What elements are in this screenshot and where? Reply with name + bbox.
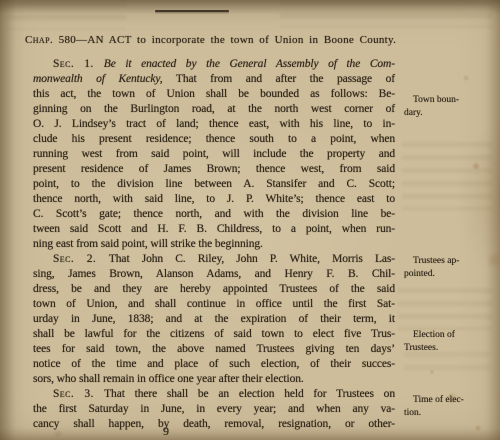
body-text-segment: C. Scott’s gate; thence north, and with … xyxy=(33,208,395,220)
body-text-line: tween said Scott and H. F. B. Childress,… xyxy=(33,222,395,237)
chapter-title-text: 580—AN ACT to incorporate the town of Un… xyxy=(53,34,396,46)
body-text-segment: cancy shall happen, by death, removal, r… xyxy=(33,418,395,430)
body-text-line: ning east from said point, will strike t… xyxy=(33,237,395,252)
body-text-segment: notice of the time and place of such ele… xyxy=(33,358,395,370)
body-text-segment: Be it enacted by the General Assembly of… xyxy=(104,58,395,70)
body-text-segment: tees for said town, the above named Trus… xyxy=(33,343,395,355)
body-text-line: clude his present residence; thence sout… xyxy=(33,132,395,147)
body-text-segment: That there shall be an election held for… xyxy=(104,388,395,400)
body-text-line: dress, be and they are hereby appointed … xyxy=(33,282,395,297)
margin-note-line: pointed. xyxy=(404,268,494,281)
body-text-line: present residence of James Brown; thence… xyxy=(33,162,395,177)
body-text-line: sing, James Brown, Alanson Adams, and He… xyxy=(33,267,395,282)
body-text-segment: sors, who shall remain in office one yea… xyxy=(33,373,304,385)
body-text-segment: O. J. Lindsey’s tract of land; thence ea… xyxy=(33,118,395,130)
chapter-label: Chap. xyxy=(25,34,53,46)
body-text-segment: present residence of James Brown; thence… xyxy=(33,163,395,175)
body-text-segment: running west from said point, will inclu… xyxy=(33,148,395,160)
body-text-line: urday in June, 1838; and at the expirati… xyxy=(33,312,395,327)
body-text-segment: sing, James Brown, Alanson Adams, and He… xyxy=(33,268,395,280)
body-text-line: monwealth of Kentucky, That from and aft… xyxy=(33,72,395,87)
body-text-segment: ning east from said point, will strike t… xyxy=(33,238,263,250)
margin-note-line: Town boun- xyxy=(404,94,494,107)
bleedthrough-ghost xyxy=(280,0,492,28)
body-text-line: point, to the division line between A. S… xyxy=(33,177,395,192)
bleedthrough-ghost xyxy=(398,288,492,330)
body-text-line: running west from said point, will inclu… xyxy=(33,147,395,162)
body-text-segment: shall be lawful for the citizens of said… xyxy=(33,328,395,340)
margin-note-line: dary. xyxy=(404,107,494,120)
body-text: Sec. 1. Be it enacted by the General Ass… xyxy=(33,57,395,432)
section-label: Sec. 3. xyxy=(53,388,104,400)
body-text-segment: thence north, with said line, to J. P. W… xyxy=(33,193,395,205)
body-text-line: this act, the town of Union shall be bou… xyxy=(33,87,395,102)
body-text-line: Sec. 2. That John C. Riley, John P. Whit… xyxy=(33,252,395,267)
body-text-line: tees for said town, the above named Trus… xyxy=(33,342,395,357)
body-text-line: Sec. 3. That there shall be an election … xyxy=(33,387,395,402)
body-text-segment: the first Saturday in June, in every yea… xyxy=(33,403,395,415)
margin-note-trustees-appointed: Trustees ap-pointed. xyxy=(404,255,494,280)
bleedthrough-ghost xyxy=(6,2,126,30)
margin-note-town-boundary: Town boun-dary. xyxy=(404,94,494,119)
body-text-segment: this act, the town of Union shall be bou… xyxy=(33,88,395,100)
body-text-segment: point, to the division line between A. S… xyxy=(33,178,395,190)
book-page: Chap. 580—AN ACT to incorporate the town… xyxy=(0,0,500,440)
chapter-heading: Chap. 580—AN ACT to incorporate the town… xyxy=(25,34,485,46)
body-text-segment: clude his present residence; thence sout… xyxy=(33,133,395,145)
body-text-line: the first Saturday in June, in every yea… xyxy=(33,402,395,417)
body-text-segment: tween said Scott and H. F. B. Childress,… xyxy=(33,223,395,235)
margin-note-line: Trustees. xyxy=(404,342,494,355)
body-text-segment: urday in June, 1838; and at the expirati… xyxy=(33,313,395,325)
body-text-segment: town of Union, and shall continue in off… xyxy=(33,298,395,310)
body-text-segment: That from and after the passage of xyxy=(163,73,395,85)
body-text-line: sors, who shall remain in office one yea… xyxy=(33,372,395,387)
body-text-line: notice of the time and place of such ele… xyxy=(33,357,395,372)
body-text-segment: dress, be and they are hereby appointed … xyxy=(33,283,395,295)
body-text-line: C. Scott’s gate; thence north, and with … xyxy=(33,207,395,222)
margin-note-line: Time of elec- xyxy=(404,394,494,407)
body-text-line: thence north, with said line, to J. P. W… xyxy=(33,192,395,207)
margin-note-time-of-election: Time of elec-tion. xyxy=(404,394,494,419)
body-text-segment: ginning on the Burlington road, at the n… xyxy=(33,103,395,115)
margin-note-election-of-trustees: Election ofTrustees. xyxy=(404,329,494,354)
body-text-segment: monwealth of Kentucky, xyxy=(33,73,163,85)
page-number: 9 xyxy=(163,424,169,439)
body-text-line: O. J. Lindsey’s tract of land; thence ea… xyxy=(33,117,395,132)
margin-note-line: tion. xyxy=(404,407,494,420)
body-text-line: shall be lawful for the citizens of said… xyxy=(33,327,395,342)
bleedthrough-ghost xyxy=(404,352,490,370)
margin-note-line: Election of xyxy=(404,329,494,342)
body-text-line: Sec. 1. Be it enacted by the General Ass… xyxy=(33,57,395,72)
body-text-segment: That John C. Riley, John P. White, Morri… xyxy=(109,253,395,265)
section-label: Sec. 2. xyxy=(53,253,109,265)
section-label: Sec. 1. xyxy=(53,58,104,70)
body-text-line: cancy shall happen, by death, removal, r… xyxy=(33,417,395,432)
decorative-rule xyxy=(155,10,229,12)
margin-note-line: Trustees ap- xyxy=(404,255,494,268)
body-text-line: ginning on the Burlington road, at the n… xyxy=(33,102,395,117)
bleedthrough-ghost xyxy=(402,142,492,210)
body-text-line: town of Union, and shall continue in off… xyxy=(33,297,395,312)
